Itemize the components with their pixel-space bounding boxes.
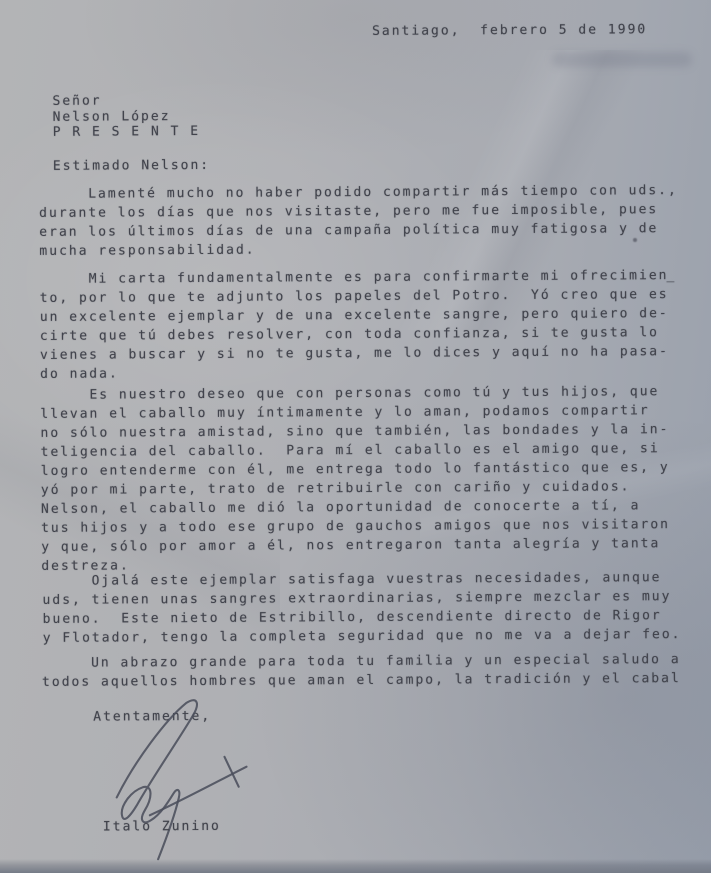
salutation: Estimado Nelson: <box>53 156 210 176</box>
paragraph-3: Es nuestro deseo que con personas como t… <box>40 382 670 576</box>
letter-photo: Santiago, febrero 5 de 1990 Señor Nelson… <box>0 0 711 873</box>
handwritten-signature <box>94 696 285 867</box>
letter-date: Santiago, febrero 5 de 1990 <box>372 20 647 41</box>
paragraph-5: Un abrazo grande para toda tu familia y … <box>42 650 681 692</box>
paragraph-1: Lamenté mucho no haber podido compartir … <box>39 181 678 261</box>
letter-content: Santiago, febrero 5 de 1990 Señor Nelson… <box>0 0 711 873</box>
paragraph-4: Ojalá este ejemplar satisfaga vuestras n… <box>42 568 681 648</box>
recipient-block: Señor Nelson López P R E S E N T E <box>52 93 200 140</box>
signature-name: Italo Zunino <box>103 817 221 837</box>
paragraph-2: Mi carta fundamentalmente es para confir… <box>40 266 677 384</box>
photo-bottom-edge <box>0 859 711 873</box>
